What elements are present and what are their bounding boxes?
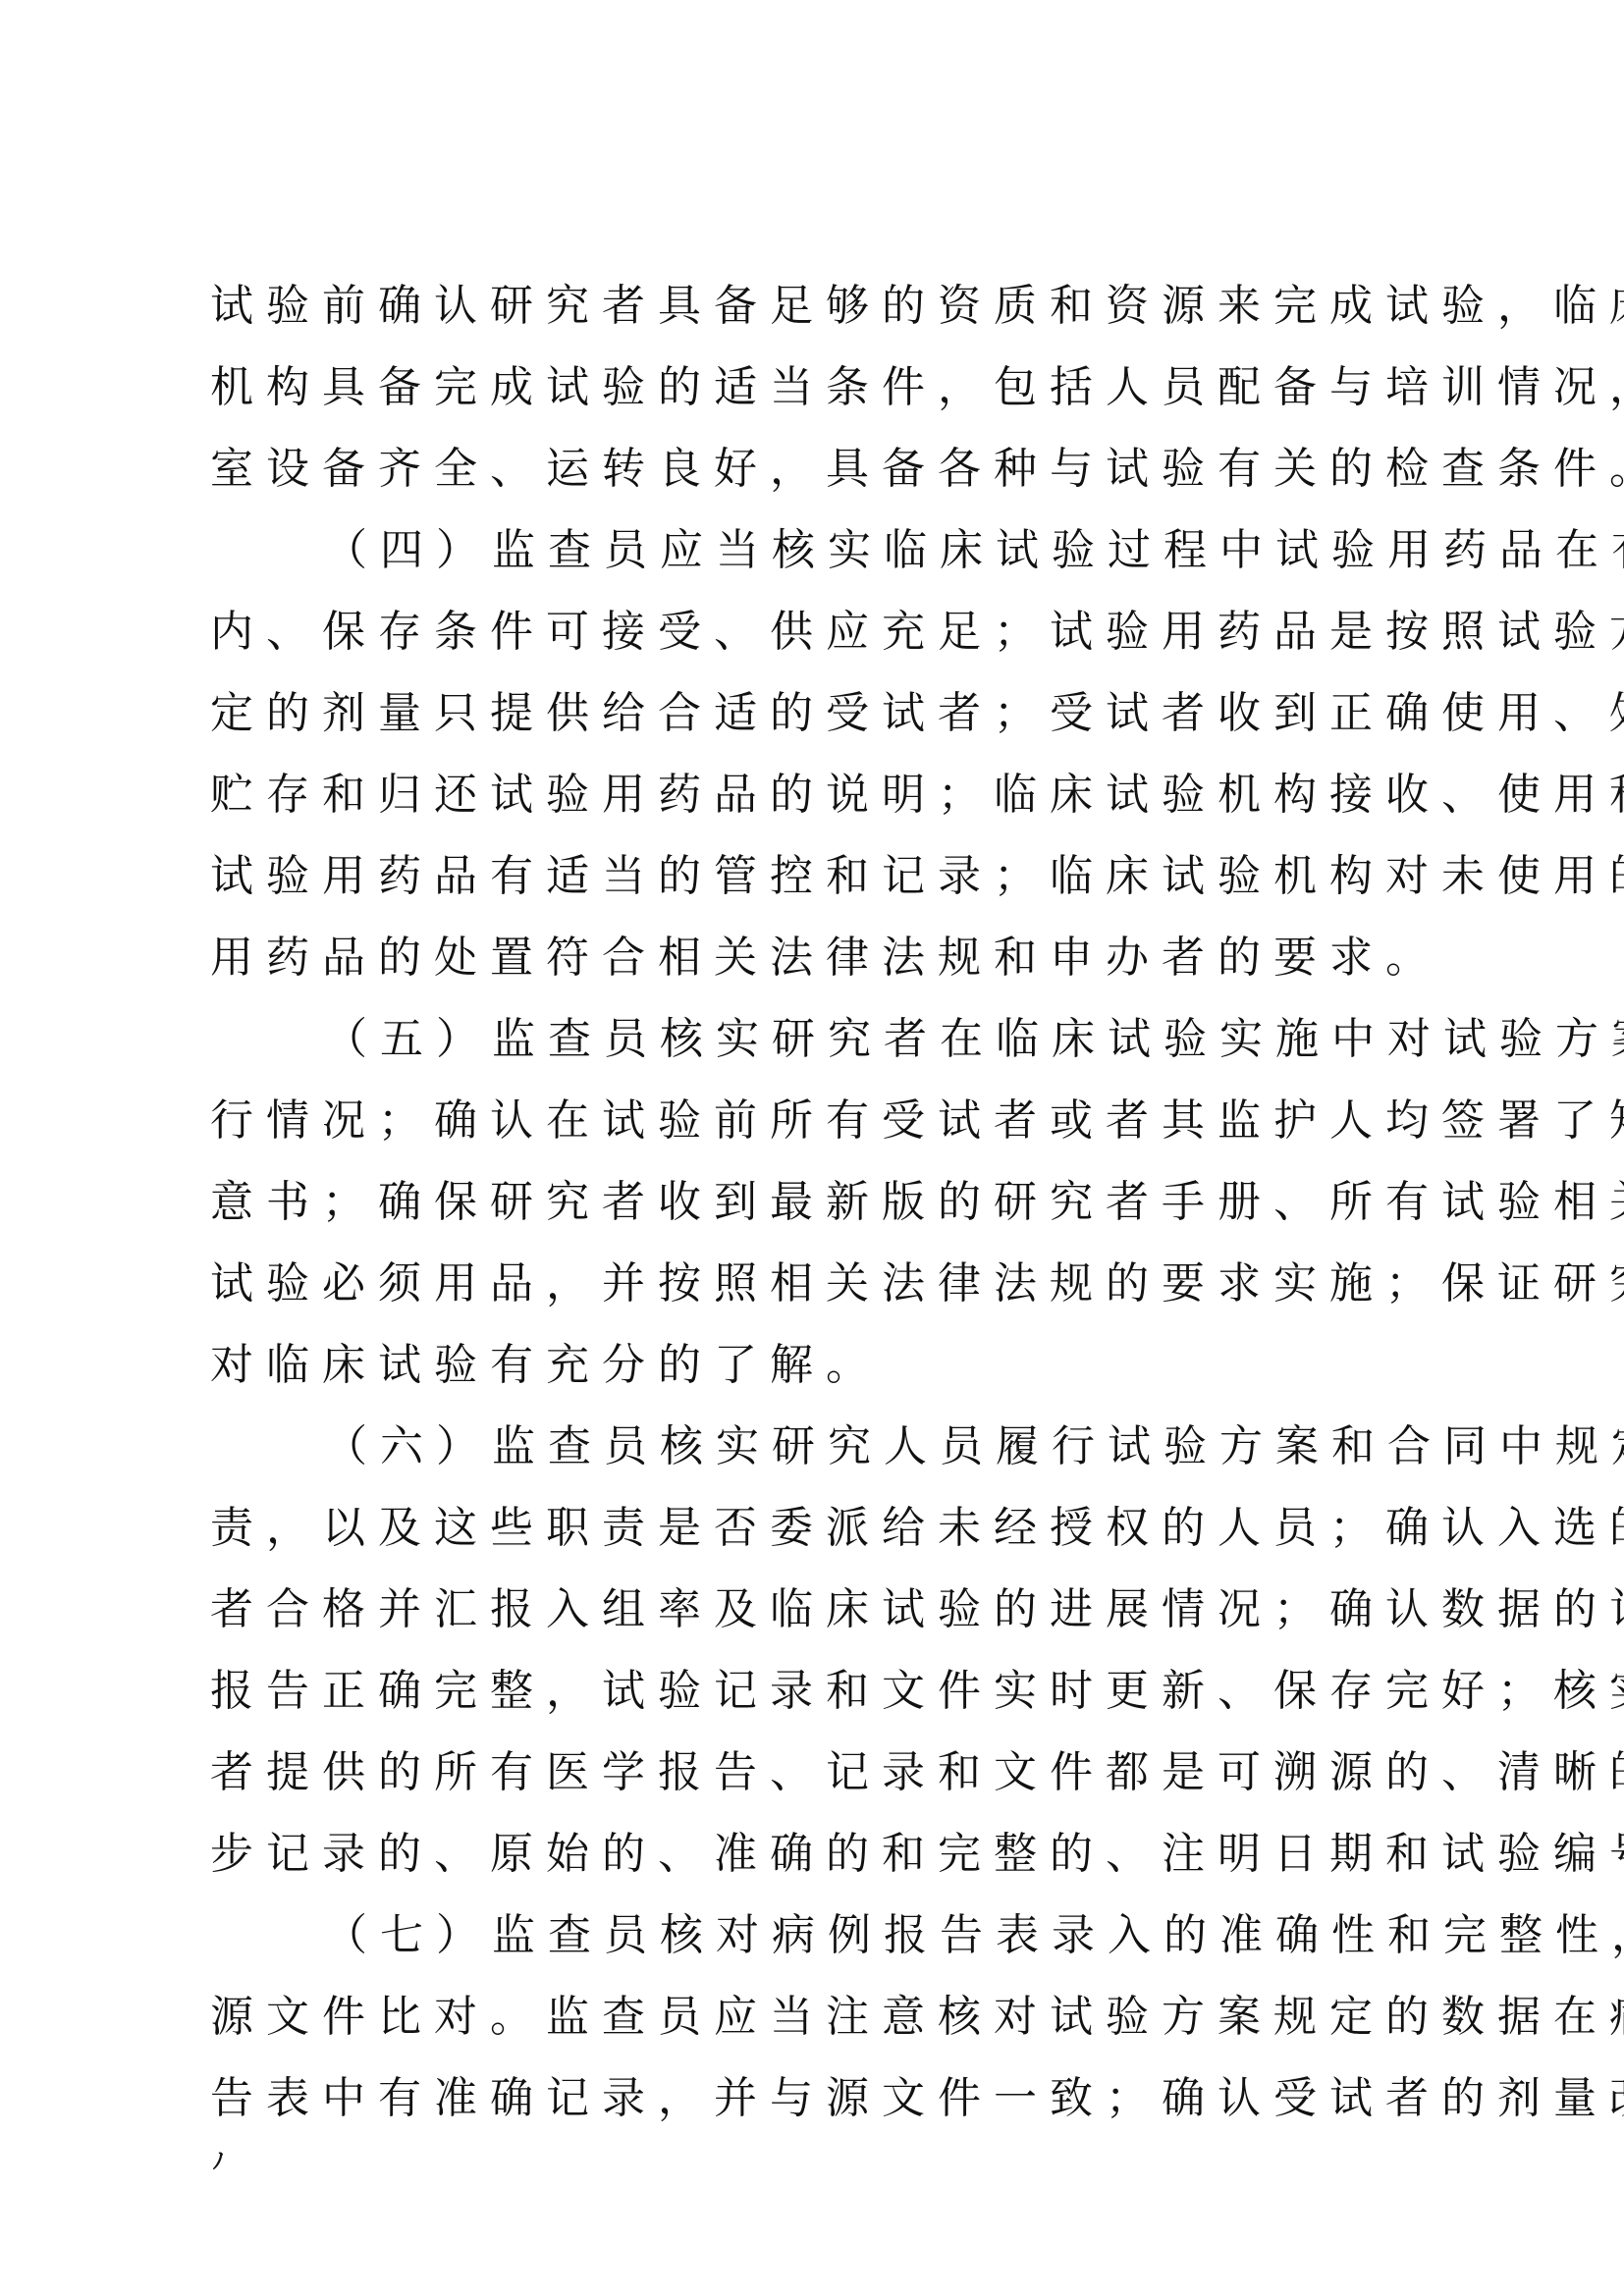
text-line: 行情况；确认在试验前所有受试者或者其监护人均签署了知情同 <box>210 1092 1414 1150</box>
paragraph-heading-line: （六）监查员核实研究人员履行试验方案和合同中规定的职 <box>210 1417 1414 1476</box>
paragraph-heading-line: （四）监查员应当核实临床试验过程中试验用药品在有效期 <box>210 521 1414 580</box>
text-line: 意书；确保研究者收到最新版的研究者手册、所有试验相关文件、 <box>210 1173 1414 1232</box>
text-line: 告表中有准确记录，并与源文件一致；确认受试者的剂量改变、 <box>210 2069 1414 2128</box>
text-line: 贮存和归还试验用药品的说明；临床试验机构接收、使用和返还 <box>210 766 1414 825</box>
text-line: 用药品的处置符合相关法律法规和申办者的要求。 <box>210 929 1414 988</box>
text-line: 试验必须用品，并按照相关法律法规的要求实施；保证研究人员 <box>210 1255 1414 1313</box>
paragraph-heading-line: （七）监查员核对病例报告表录入的准确性和完整性，并与 <box>210 1906 1414 1965</box>
text-line: 室设备齐全、运转良好，具备各种与试验有关的检查条件。 <box>210 440 1414 499</box>
text-line: 报告正确完整，试验记录和文件实时更新、保存完好；核实研究 <box>210 1662 1414 1721</box>
text-line: 内、保存条件可接受、供应充足；试验用药品是按照试验方案规 <box>210 603 1414 662</box>
paragraph-heading-line: （五）监查员核实研究者在临床试验实施中对试验方案的执 <box>210 1010 1414 1069</box>
text-line: 者提供的所有医学报告、记录和文件都是可溯源的、清晰的、同 <box>210 1743 1414 1802</box>
text-line: 试验前确认研究者具备足够的资质和资源来完成试验，临床试验 <box>210 277 1414 336</box>
text-line: 机构具备完成试验的适当条件，包括人员配备与培训情况，实验 <box>210 358 1414 417</box>
text-line: 对临床试验有充分的了解。 <box>210 1336 1414 1395</box>
text-line: 源文件比对。监查员应当注意核对试验方案规定的数据在病例报 <box>210 1988 1414 2047</box>
page-number-mark: ﾉ <box>213 2145 224 2175</box>
text-line: 步记录的、原始的、准确的和完整的、注明日期和试验编号的。 <box>210 1825 1414 1884</box>
text-line: 者合格并汇报入组率及临床试验的进展情况；确认数据的记录与 <box>210 1580 1414 1639</box>
text-line: 责，以及这些职责是否委派给未经授权的人员；确认入选的受试 <box>210 1499 1414 1558</box>
text-line: 试验用药品有适当的管控和记录；临床试验机构对未使用的试验 <box>210 847 1414 906</box>
text-line: 定的剂量只提供给合适的受试者；受试者收到正确使用、处理、 <box>210 684 1414 743</box>
